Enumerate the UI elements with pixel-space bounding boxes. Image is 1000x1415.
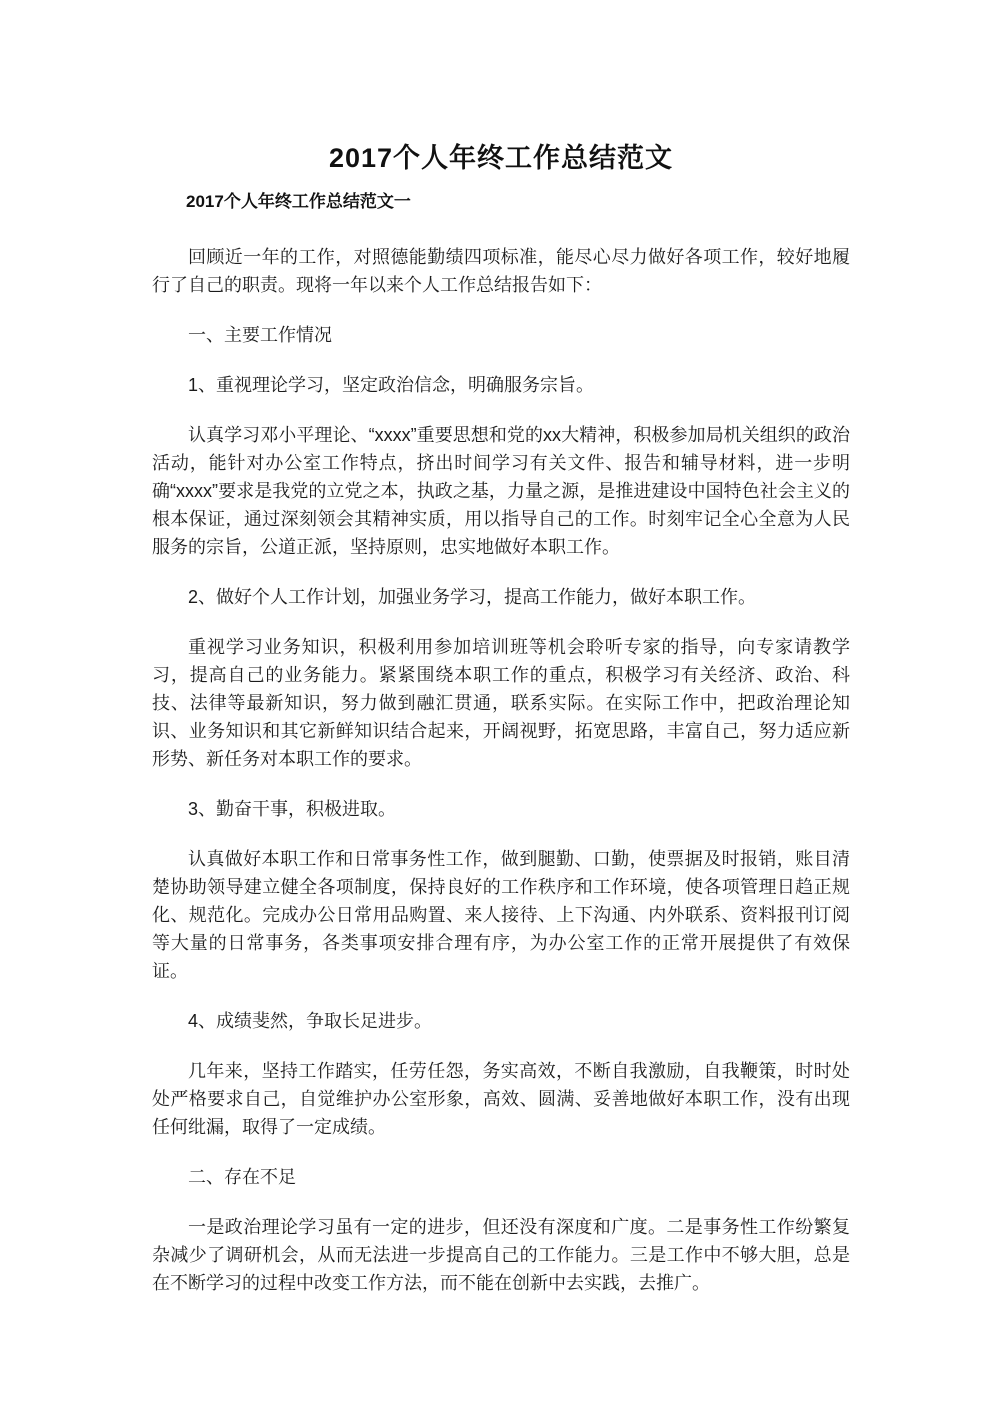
paragraph-shortcomings: 一是政治理论学习虽有一定的进步，但还没有深度和广度。二是事务性工作纷繁复杂减少了… [152, 1213, 850, 1297]
document-title: 2017个人年终工作总结范文 [152, 141, 850, 175]
heading-point-3: 3、勤奋干事，积极进取。 [152, 795, 850, 823]
paragraph-point-1: 认真学习邓小平理论、“xxxx”重要思想和党的xx大精神，积极参加局机关组织的政… [152, 421, 850, 561]
heading-point-1: 1、重视理论学习，坚定政治信念，明确服务宗旨。 [152, 371, 850, 399]
document-subtitle: 2017个人年终工作总结范文一 [152, 188, 850, 216]
paragraph-point-3: 认真做好本职工作和日常事务性工作，做到腿勤、口勤，使票据及时报销，账目清楚协助领… [152, 845, 850, 985]
heading-point-4: 4、成绩斐然，争取长足进步。 [152, 1007, 850, 1035]
heading-section-shortcomings: 二、存在不足 [152, 1163, 850, 1191]
document-page: 2017个人年终工作总结范文 2017个人年终工作总结范文一 回顾近一年的工作，… [0, 0, 1000, 1415]
heading-point-2: 2、做好个人工作计划，加强业务学习，提高工作能力，做好本职工作。 [152, 583, 850, 611]
paragraph-intro: 回顾近一年的工作，对照德能勤绩四项标准，能尽心尽力做好各项工作，较好地履行了自己… [152, 243, 850, 299]
paragraph-point-2: 重视学习业务知识，积极利用参加培训班等机会聆听专家的指导，向专家请教学习，提高自… [152, 633, 850, 773]
paragraph-point-4: 几年来，坚持工作踏实，任劳任怨，务实高效，不断自我激励，自我鞭策，时时处处严格要… [152, 1057, 850, 1141]
heading-section-main-work: 一、主要工作情况 [152, 321, 850, 349]
